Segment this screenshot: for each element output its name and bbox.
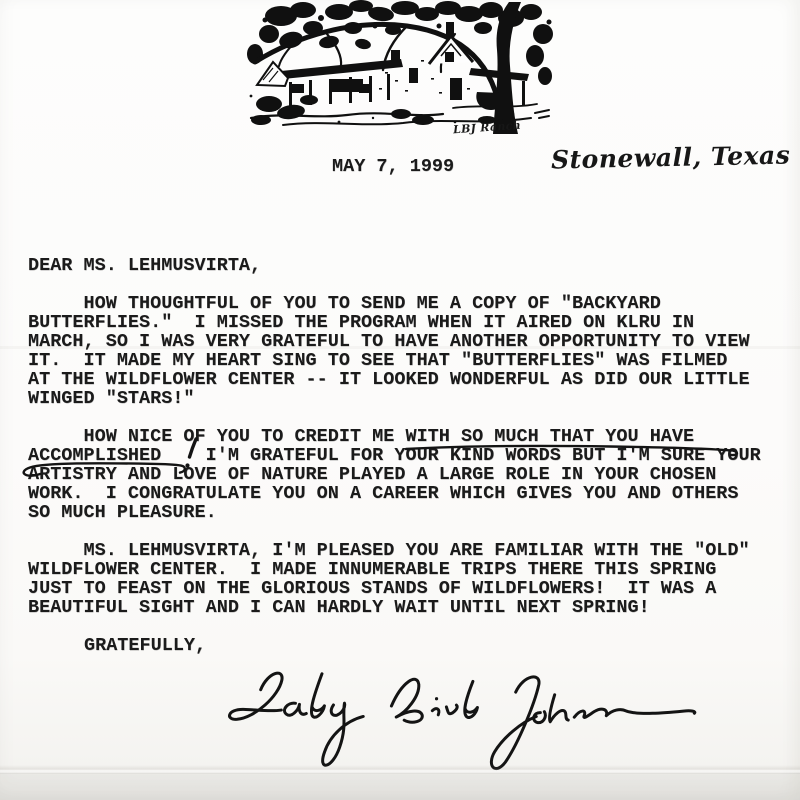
- salutation: DEAR MS. LEHMUSVIRTA,: [28, 256, 261, 275]
- letterhead-place-script: Stonewall, Texas: [551, 140, 791, 174]
- closing: GRATEFULLY,: [84, 636, 206, 655]
- exclamation-dot: [185, 463, 189, 467]
- underline-2: [24, 463, 185, 475]
- letter-page: LBJ Ranch: [0, 0, 800, 800]
- exclamation-mark: [190, 439, 197, 457]
- below-fold-shading: [0, 773, 800, 800]
- underline-1: [406, 446, 737, 455]
- body-paragraph-3: MS. LEHMUSVIRTA, I'M PLEASED YOU ARE FAM…: [28, 541, 750, 617]
- faint-crease: [0, 346, 800, 349]
- date-line: MAY 7, 1999: [332, 157, 454, 176]
- handwritten-underline-marks: WITH SO MUCH THAT YOU HAVE: [0, 428, 780, 490]
- body-paragraph-1: HOW THOUGHTFUL OF YOU TO SEND ME A COPY …: [28, 294, 750, 408]
